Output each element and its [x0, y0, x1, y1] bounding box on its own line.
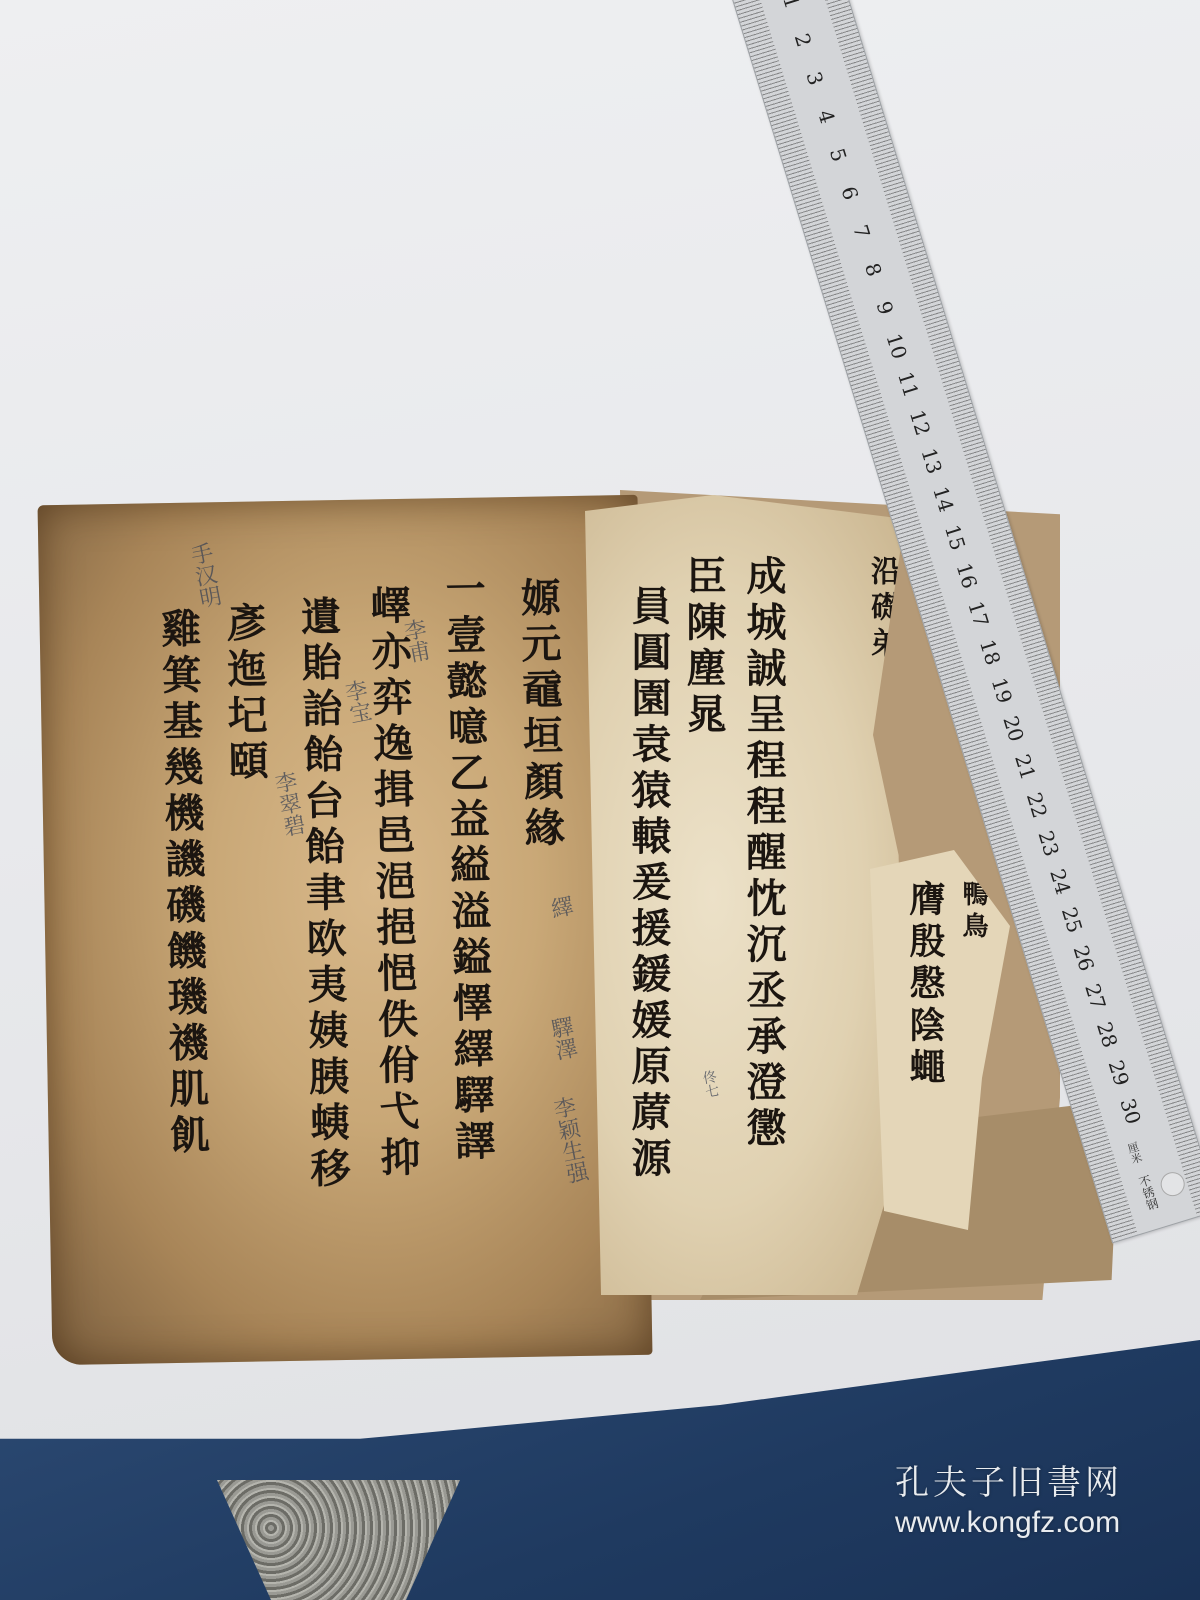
small-note: 佟七	[698, 1068, 723, 1099]
manuscript-left-page: 嫄元黿垣顏緣 一壹懿噫乙益縊溢鎰懌繹驛譯 嶧亦弈逸揖邑浥挹悒佚佾弋抑 遺貽詒飴台…	[38, 495, 653, 1365]
ruler-number: 30	[1104, 1082, 1157, 1142]
left-col-3: 嶧亦弈逸揖邑浥挹悒佚佾弋抑	[359, 584, 426, 1183]
right-col-2: 臣陳塵晁	[675, 555, 732, 739]
pencil-annotation: 李颖生强	[546, 1094, 593, 1186]
left-col-2: 一壹懿噫乙益縊溢鎰懌繹驛譯	[434, 567, 501, 1166]
left-col-6: 雞箕基幾機譏磯饑璣禨肌飢	[149, 607, 216, 1160]
watermark-url: www.kongfz.com	[895, 1506, 1123, 1540]
ruler-unit-label: 厘米	[1123, 1140, 1145, 1166]
watermark-site-name: 孔夫子旧書网	[895, 1455, 1123, 1504]
watermark: 孔夫子旧書网 www.kongfz.com	[895, 1455, 1123, 1540]
pencil-annotation: 手汉明	[183, 540, 226, 611]
left-col-5: 彥迤圮頤	[214, 601, 274, 786]
right-col-1: 成城誠呈程程醒忱沉丞承澄懲	[735, 555, 792, 1153]
right-col-3: 員圓園袁猿轅爰援鍰媛原蒝源	[620, 585, 677, 1183]
pencil-annotation: 驛澤	[543, 1014, 582, 1063]
pencil-annotation: 繹	[543, 893, 578, 921]
manuscript-right-page: 成城誠呈程程醒忱沉丞承澄懲 臣陳塵晁 員圓園袁猿轅爰援鍰媛原蒝源 沿礎弟 佟七	[585, 495, 905, 1295]
ruler-material-label: 不锈钢	[1135, 1173, 1162, 1212]
left-col-1: 嫄元黿垣顏緣	[509, 576, 571, 853]
fragment-col-1: 膺殷慇陰蠅	[900, 880, 951, 1090]
